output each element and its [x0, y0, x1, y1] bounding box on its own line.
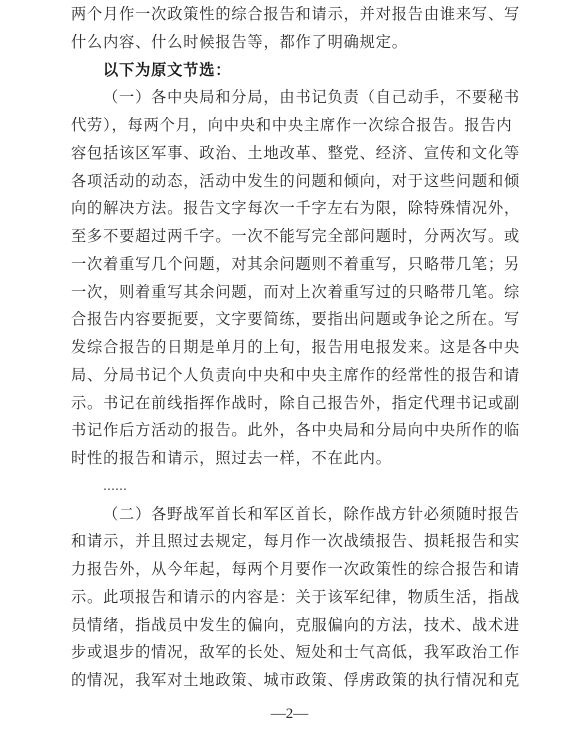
- text-line: 向的解决方法。报告文字每次一千字左右为限，除特殊情况外，: [71, 195, 507, 223]
- text-line: 什么内容、什么时候报告等，都作了明确规定。: [71, 29, 507, 57]
- text-line: 容包括该区军事、政治、土地改革、整党、经济、宣传和文化等: [71, 140, 507, 168]
- text-line: 和请示，并且照过去规定，每月作一次战绩报告、损耗报告和实: [71, 528, 507, 556]
- excerpt-heading: 以下为原文节选：: [71, 57, 507, 85]
- text-line: 一次着重写几个问题，对其余问题则不着重写，只略带几笔；另: [71, 251, 507, 279]
- text-line: 两个月作一次政策性的综合报告和请示，并对报告由谁来写、写: [71, 1, 507, 29]
- paragraph-1-start: （一）各中央局和分局，由书记负责（自己动手，不要秘书: [71, 84, 507, 112]
- text-line: 局、分局书记个人负责向中央和中央主席作的经常性的报告和请: [71, 362, 507, 390]
- text-line: 代劳），每两个月，向中央和中央主席作一次综合报告。报告内: [71, 112, 507, 140]
- text-line: 合报告内容要扼要，文字要简练，要指出问题或争论之所在。写: [71, 306, 507, 334]
- text-line: 至多不要超过两千字。一次不能写完全部问题时，分两次写。或: [71, 223, 507, 251]
- paragraph-2-start: （二）各野战军首长和军区首长，除作战方针必须随时报告: [71, 501, 507, 529]
- text-line: 力报告外，从今年起，每两个月要作一次政策性的综合报告和请: [71, 556, 507, 584]
- text-line: 的情况，我军对土地政策、城市政策、俘虏政策的执行情况和克: [71, 667, 507, 695]
- text-line: 一次，则着重写其余问题，而对上次着重写过的只略带几笔。综: [71, 279, 507, 307]
- text-line: 步或退步的情况，敌军的长处、短处和士气高低，我军政治工作: [71, 639, 507, 667]
- document-page: 两个月作一次政策性的综合报告和请示，并对报告由谁来写、写 什么内容、什么时候报告…: [0, 0, 579, 730]
- text-line: 示。此项报告和请示的内容是：关于该军纪律，物质生活，指战: [71, 584, 507, 612]
- text-line: 员情绪，指战员中发生的偏向，克服偏向的方法，技术、战术进: [71, 612, 507, 640]
- body-text: 两个月作一次政策性的综合报告和请示，并对报告由谁来写、写 什么内容、什么时候报告…: [71, 1, 507, 695]
- text-line: 发综合报告的日期是单月的上旬，报告用电报发来。这是各中央: [71, 334, 507, 362]
- page-number: —2—: [0, 703, 579, 725]
- text-line: 示。书记在前线指挥作战时，除自己报告外，指定代理书记或副: [71, 390, 507, 418]
- text-line: 各项活动的动态，活动中发生的问题和倾向，对于这些问题和倾: [71, 168, 507, 196]
- omission-ellipsis: ……: [71, 473, 507, 501]
- text-line: 时性的报告和请示，照过去一样，不在此内。: [71, 445, 507, 473]
- text-line: 书记作后方活动的报告。此外，各中央局和分局向中央所作的临: [71, 417, 507, 445]
